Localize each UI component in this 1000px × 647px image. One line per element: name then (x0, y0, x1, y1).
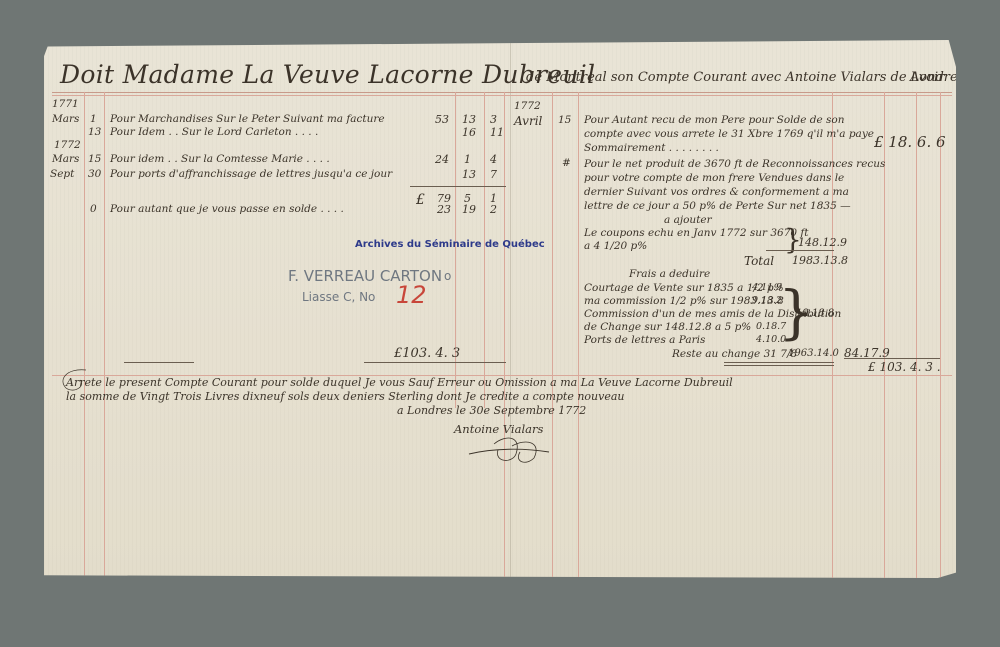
column-rule (484, 92, 485, 408)
column-rule (578, 92, 579, 578)
closing-line-2: la somme de Vingt Trois Livres dixneuf s… (66, 390, 625, 403)
carton-mark: o (444, 269, 451, 283)
reste-rule (724, 365, 834, 366)
debit-entry-text: Pour Marchandises Sur le Peter Suivant m… (110, 113, 385, 125)
debit-day: 30 (88, 168, 101, 180)
balance-pence: 2 (490, 203, 497, 216)
manuscript-page: Doit Madame La Veuve Lacorne Dubreuil de… (44, 40, 956, 578)
credit-total-rule (844, 358, 940, 359)
debit-pounds: 24 (435, 153, 449, 166)
column-rule (552, 92, 553, 578)
credit-entry-line: Pour Autant recu de mon Pere pour Solde … (584, 114, 845, 126)
frais-line: Ports de lettres a Paris (584, 334, 705, 346)
total-label: Total (744, 254, 774, 268)
debit-shillings: 1 (464, 153, 471, 166)
debit-pence: 11 (490, 126, 504, 139)
balance-day: 0 (90, 203, 97, 215)
credit-total-amount: 1983.13.8 (792, 254, 848, 267)
signature-flourish (464, 432, 554, 468)
credit-entry1-amount: £ 18. 6. 6 (874, 133, 946, 151)
coupons-line: Le coupons echu en Janv 1772 sur 3670 ft (584, 227, 809, 239)
debit-day: 13 (88, 126, 101, 138)
credit-year: 1772 (514, 100, 541, 112)
frais-line: de Change sur 148.12.8 a 5 p% (584, 321, 751, 333)
reste-label: Reste au change 31 7/8 (672, 348, 797, 360)
heading-account: de Montreal son Compte Courant avec Anto… (526, 70, 964, 85)
archive-stamp: Archives du Séminaire de Québec (355, 239, 545, 250)
debit-grand-total: £103. 4. 3 (394, 346, 460, 361)
subtotal-rule (410, 186, 506, 187)
debit-month: Mars (52, 113, 79, 125)
liasse-number: 12 (396, 281, 427, 309)
credit-grand-total: £ 103. 4. 3 . (868, 360, 941, 374)
debit-entry-text: Pour ports d'affranchissage de lettres j… (110, 168, 392, 180)
reste-rule (724, 362, 834, 363)
year-1771: 1771 (52, 98, 79, 110)
debit-entry-text: Pour Idem . . Sur le Lord Carleton . . .… (110, 126, 318, 138)
debit-pence: 3 (490, 113, 497, 126)
credit-day: 15 (558, 114, 571, 126)
coupons-line: a 4 1/20 p% (584, 240, 647, 252)
column-rule (940, 92, 941, 578)
debit-month: Sept (50, 168, 74, 180)
credit-entry-line: compte avec vous arrete le 31 Xbre 1769 … (584, 128, 874, 140)
heading-avoir: Avoir (910, 70, 944, 85)
debit-day: 1 (90, 113, 97, 125)
debit-entry-text: Pour idem . . Sur la Comtesse Marie . . … (110, 153, 330, 165)
credit-entry-line: dernier Suivant vos ordres & conformemen… (584, 186, 849, 198)
credit-entry-line: Pour le net produit de 3670 ft de Reconn… (584, 158, 885, 170)
subtotal-symbol: £ (416, 192, 425, 208)
column-rule (916, 92, 917, 578)
debit-day: 15 (88, 153, 101, 165)
balance-shillings: 19 (462, 203, 476, 216)
balance-pounds: 23 (437, 203, 451, 216)
debit-shillings: 13 (462, 168, 476, 181)
total-rule (364, 362, 506, 363)
frais-label: Frais a deduire (629, 268, 710, 280)
sum-rule (766, 250, 834, 251)
a-ajouter-label: a ajouter (664, 214, 712, 226)
credit-entry-line: Sommairement . . . . . . . . (584, 142, 719, 154)
column-rule (104, 92, 105, 578)
credit-month: Avril (514, 114, 542, 128)
heading-debtor: Doit Madame La Veuve Lacorne Dubreuil (60, 60, 595, 89)
debit-shillings: 13 (462, 113, 476, 126)
coupons-amount: 148.12.9 (798, 236, 847, 249)
column-rule (84, 92, 85, 578)
header-rule (52, 92, 952, 93)
credit-entry2-marker: # (562, 157, 571, 169)
place-date: a Londres le 30e Septembre 1772 (397, 404, 586, 417)
column-rule (504, 92, 505, 578)
liasse-stamp: Liasse C, No (302, 290, 375, 304)
reste-amount: 1963.14.0 (788, 348, 839, 359)
debit-pence: 7 (490, 168, 497, 181)
total-rule (124, 362, 194, 363)
year-1772: 1772 (54, 139, 81, 151)
balance-entry-text: Pour autant que je vous passe en solde .… (110, 203, 344, 215)
debit-pence: 4 (490, 153, 497, 166)
fold-line (510, 40, 511, 578)
debit-month: Mars (52, 153, 79, 165)
credit-entry-line: pour votre compte de mon frere Vendues d… (584, 172, 844, 184)
debit-pounds: 53 (435, 113, 449, 126)
debit-shillings: 16 (462, 126, 476, 139)
closing-flourish (56, 366, 96, 396)
frais-total: 19.18.8 (796, 308, 834, 319)
header-rule-2 (52, 95, 952, 96)
closing-line-1: Arrete le present Compte Courant pour so… (66, 376, 733, 389)
credit-entry-line: lettre de ce jour a 50 p% de Perte Sur n… (584, 200, 851, 212)
